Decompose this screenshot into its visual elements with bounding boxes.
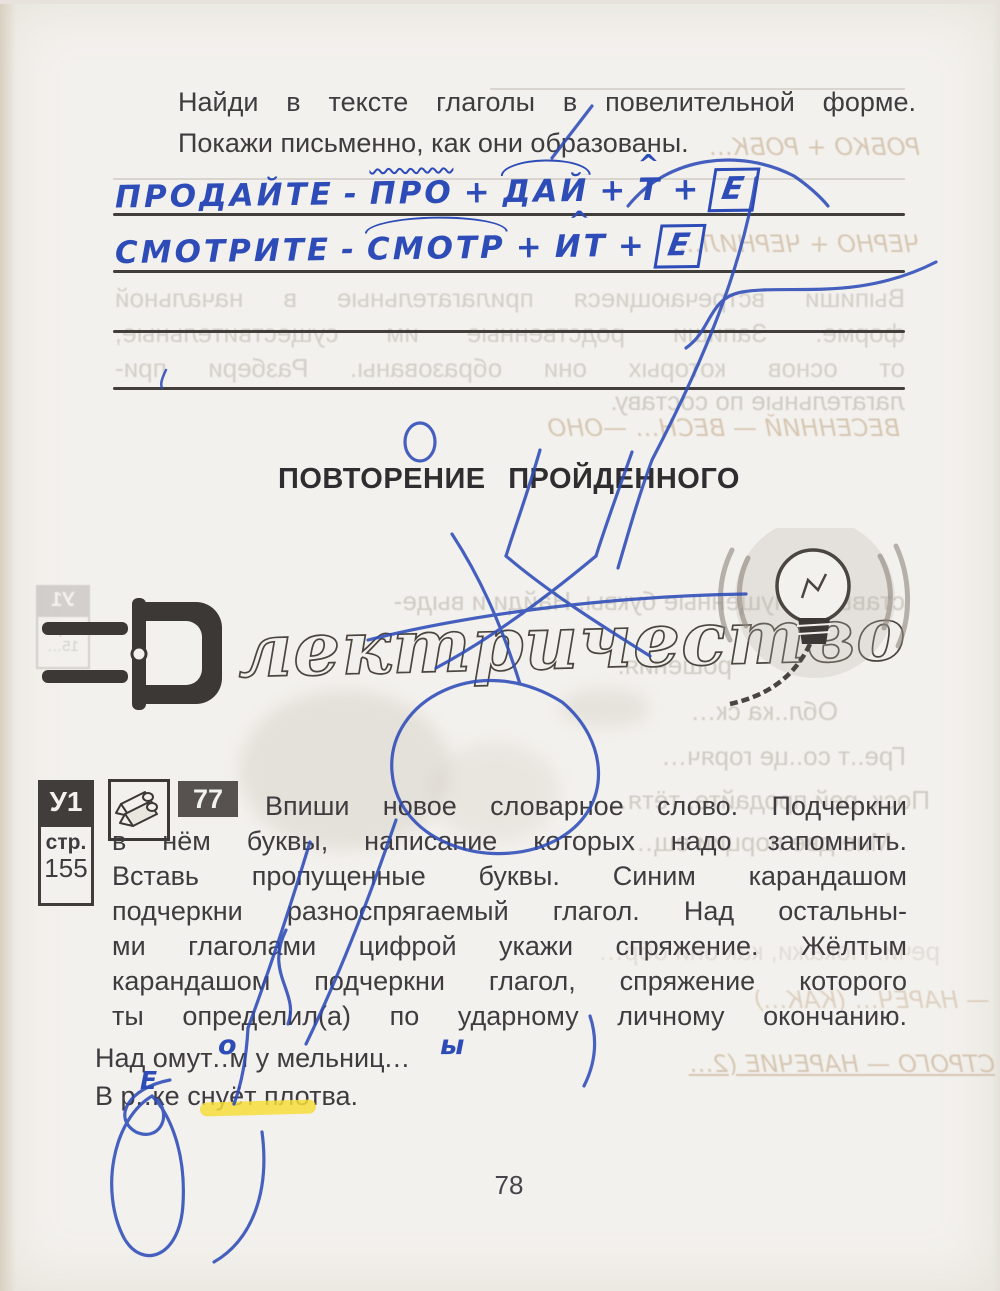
bleedthrough-print-line: форме. Запиши родственные им существител… bbox=[115, 318, 905, 349]
inserted-letter: ы bbox=[440, 1030, 464, 1061]
sentence-text: . bbox=[402, 1043, 410, 1073]
scan-edge-right bbox=[992, 0, 1000, 1291]
sentence-text: В р bbox=[95, 1081, 136, 1111]
hw-ending-boxed: Е bbox=[653, 224, 706, 269]
bleedthrough-print-line: от основ которых они образованы. Разбери… bbox=[115, 353, 905, 384]
workbook-page-scan: РОБКО + РОБК… ЧЕРНО + ЧЕРНИЛ… Выпиши вст… bbox=[0, 0, 1000, 1291]
task-text-line: Впиши новое словарное слово. Подчеркни bbox=[265, 790, 907, 822]
task-text-line: Вставь пропущенные буквы. Синим карандаш… bbox=[112, 860, 907, 892]
page-ref-number: 155 bbox=[41, 854, 91, 883]
hw-plus: + bbox=[672, 171, 701, 207]
page-ref-word: стр. bbox=[41, 831, 91, 854]
bleedthrough-picture-blob bbox=[560, 688, 650, 728]
textbook-ref-badge: У1 bbox=[38, 780, 94, 824]
task-text-line: карандашом подчеркни глагол, спряжение к… bbox=[112, 965, 907, 997]
sentence-text: ке bbox=[153, 1081, 188, 1111]
bleedthrough-print-line: Выпиши встречающиеся прилагательные в на… bbox=[115, 283, 905, 314]
answer-line bbox=[113, 387, 905, 390]
hw-plus: + bbox=[516, 229, 545, 265]
hw-morpheme: ПРО bbox=[370, 175, 455, 212]
handwritten-answer-2: СМОТРИТЕ - СМОТР + ИТ + Е bbox=[115, 224, 704, 276]
task-text-line: ми глаголами цифрой укажи спряжение. Жёл… bbox=[112, 930, 907, 962]
hw-word: СМОТРИТЕ bbox=[115, 232, 332, 271]
yellow-highlight-mark bbox=[200, 1099, 316, 1116]
bleedthrough-print-line: Гре..т со..це горяч… bbox=[616, 741, 906, 772]
hw-morpheme: Т bbox=[638, 172, 663, 208]
section-heading: ПОВТОРЕНИЕ ПРОЙДЕННОГО bbox=[113, 463, 905, 496]
textbook-page-ref: стр. 155 bbox=[38, 824, 94, 906]
handwritten-answer-1: ПРОДАЙТЕ - ПРО + ДАЙ + Т + Е bbox=[115, 168, 758, 221]
task-text-line: подчеркни разноспрягаемый глагол. Над ос… bbox=[112, 895, 907, 927]
intro-task-line: Покажи письменно, как они образованы. bbox=[178, 127, 689, 159]
sentence-text: м у мельниц bbox=[230, 1043, 385, 1073]
hw-dash: - bbox=[344, 176, 360, 212]
hw-plus: + bbox=[599, 172, 628, 208]
inserted-letter: Е bbox=[140, 1066, 157, 1095]
hw-plus: + bbox=[464, 174, 493, 210]
hw-morpheme: СМОТР bbox=[367, 230, 506, 268]
hw-ending-boxed: Е bbox=[708, 167, 761, 212]
intro-task-line: Найди в тексте глаголы в повелительной ф… bbox=[178, 86, 916, 118]
hw-dash: - bbox=[341, 232, 357, 268]
task-text-line: в нём буквы, написание которых надо запо… bbox=[112, 825, 907, 857]
hw-morpheme: ДАЙ bbox=[503, 173, 590, 210]
hw-morpheme: ИТ bbox=[555, 228, 609, 265]
answer-line bbox=[113, 330, 905, 333]
scan-edge-left bbox=[0, 0, 16, 1291]
bleedthrough-handwriting: СТРОГО — НАРЕЧИЕ (2… bbox=[780, 1050, 995, 1078]
inserted-letter: о bbox=[218, 1030, 237, 1061]
hw-plus: + bbox=[618, 228, 647, 264]
hw-word: ПРОДАЙТЕ bbox=[115, 176, 334, 215]
scan-edge-top bbox=[0, 0, 1000, 4]
page-number: 78 bbox=[113, 1170, 905, 1201]
letter-gap: .. bbox=[385, 1043, 402, 1073]
task-number-badge: 77 bbox=[178, 781, 238, 817]
bleedthrough-handwriting: ВЕСЕННИЙ — ВЕСН… —ОНО bbox=[180, 414, 900, 442]
bleedthrough-print-line: лагательные по составу. bbox=[115, 386, 905, 417]
lightbulb-drawing bbox=[710, 528, 920, 738]
plug-icon bbox=[40, 596, 255, 716]
task-text-line: ты определил(а) по ударному личному окон… bbox=[112, 1000, 907, 1032]
